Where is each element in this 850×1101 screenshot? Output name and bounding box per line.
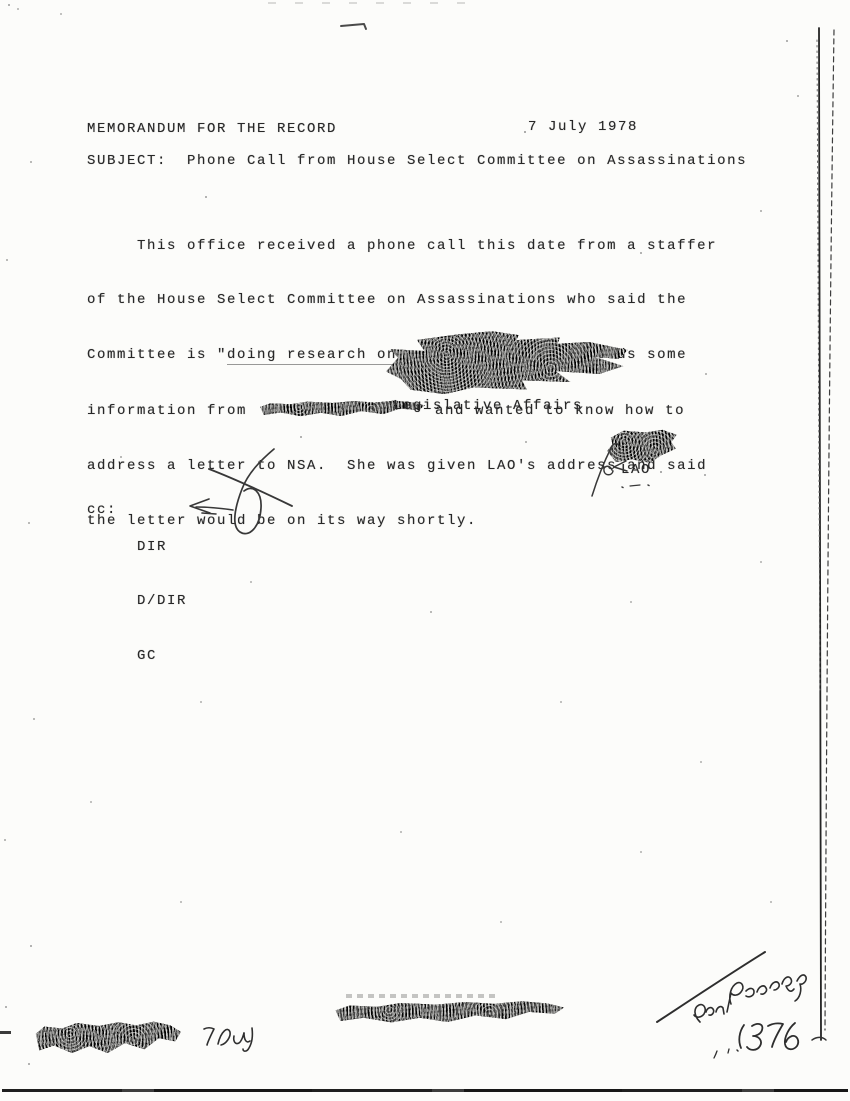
cc-label: cc:: [87, 501, 117, 519]
signature-office: Legislative Affairs: [393, 397, 583, 415]
memo-date: 7 July 1978: [528, 118, 638, 136]
handwritten-file-number: [739, 1023, 798, 1050]
handwritten-date-note: [204, 1028, 252, 1051]
redaction-bottom-center: [331, 1000, 564, 1025]
cc-item: D/DIR: [137, 592, 197, 610]
scan-edge-artifacts: [812, 28, 834, 1040]
scan-noise: [0, 1031, 11, 1034]
cc-item: GC: [137, 647, 197, 665]
subject-line: SUBJECT:Phone Call from House Select Com…: [87, 152, 747, 170]
scan-top-dash: [341, 24, 366, 29]
cc-block: cc: DIR D/DIR GC: [87, 501, 127, 574]
scan-noise-top-edge: [268, 2, 483, 4]
faint-stamp-text: [346, 994, 496, 998]
scan-noise-specks: [0, 0, 2, 2]
subject-text: Phone Call from House Select Committee o…: [187, 153, 747, 169]
memo-title: MEMORANDUM FOR THE RECORD: [87, 120, 337, 138]
lao-approval: LAO: [621, 461, 651, 479]
scan-bottom-edge: [2, 1089, 848, 1092]
memo-page: MEMORANDUM FOR THE RECORD 7 July 1978 SU…: [0, 0, 850, 1101]
handwritten-pending-note: [657, 952, 806, 1058]
cc-item: DIR: [137, 538, 197, 556]
body-line: of the House Select Committee on Assassi…: [87, 291, 717, 309]
subject-label: SUBJECT:: [87, 153, 167, 169]
cc-list: DIR D/DIR GC: [137, 501, 197, 702]
redaction-bottom-left: [33, 1019, 182, 1055]
body-line: This office received a phone call this d…: [87, 237, 717, 255]
